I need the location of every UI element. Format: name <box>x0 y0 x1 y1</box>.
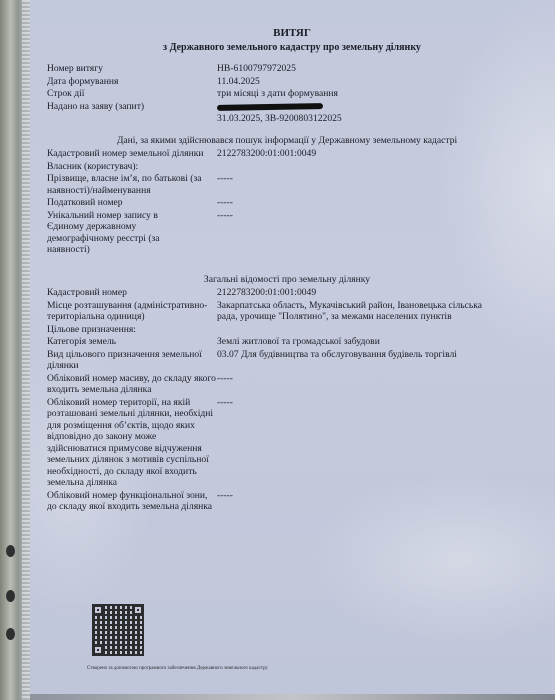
field-row: Категорія земель Землі житлової та грома… <box>47 336 497 348</box>
search-section-heading: Дані, за якими здійснювався пошук інформ… <box>47 135 497 147</box>
field-row: Обліковий номер функціональної зони, до … <box>47 490 497 513</box>
field-label: Вид цільового призначення земельної діля… <box>47 349 217 372</box>
qr-code-icon <box>92 604 144 656</box>
field-label: Податковий номер <box>47 197 217 209</box>
field-value <box>217 324 497 336</box>
field-label: Кадастровий номер земельної ділянки <box>47 148 217 160</box>
field-label: Власник (користувач): <box>47 161 217 173</box>
field-label: Цільове призначення: <box>47 324 217 336</box>
field-value: Землі житлової та громадської забудови <box>217 336 497 348</box>
field-label: Категорія земель <box>47 336 217 348</box>
field-label: Обліковий номер масиву, до складу якого … <box>47 373 217 396</box>
field-value <box>217 161 497 173</box>
field-value: НВ-6100797972025 <box>217 63 497 75</box>
field-row: Податковий номер ----- <box>47 197 497 209</box>
field-row: Кадастровий номер земельної ділянки 2122… <box>47 148 497 160</box>
header-fields: Номер витягу НВ-6100797972025 Дата форму… <box>47 63 497 125</box>
binder-hole <box>6 545 15 557</box>
field-value: 11.04.2025 <box>217 76 497 88</box>
field-label: Обліковий номер функціональної зони, до … <box>47 490 217 513</box>
page-bottom-edge <box>30 694 555 700</box>
field-row: Цільове призначення: <box>47 324 497 336</box>
field-value: ----- <box>217 173 497 196</box>
document-title: ВИТЯГ <box>87 28 497 40</box>
field-value: Закарпатська область, Мукачівський район… <box>217 300 497 323</box>
field-validity: Строк дії три місяці з дати формування <box>47 88 497 100</box>
field-label: Унікальний номер запису в Єдиному держав… <box>47 210 197 256</box>
search-fields: Кадастровий номер земельної ділянки 2122… <box>47 148 497 256</box>
general-fields: Кадастровий номер 2122783200:01:001:0049… <box>47 287 497 513</box>
field-value: ----- <box>217 490 497 513</box>
field-label: Місце розташування (адміністративно-тери… <box>47 300 217 323</box>
field-row: Кадастровий номер 2122783200:01:001:0049 <box>47 287 497 299</box>
general-section-heading: Загальні відомості про земельну ділянку <box>47 274 497 286</box>
redaction-mark <box>217 103 323 111</box>
field-value: три місяці з дати формування <box>217 88 497 100</box>
field-extract-number: Номер витягу НВ-6100797972025 <box>47 63 497 75</box>
field-label: Номер витягу <box>47 63 217 75</box>
field-value: ----- <box>217 397 497 489</box>
field-label: Дата формування <box>47 76 217 88</box>
binder-hole <box>6 628 15 640</box>
field-value: 2122783200:01:001:0049 <box>217 287 497 299</box>
field-row: Прізвище, власне ім’я, по батькові (за н… <box>47 173 497 196</box>
field-value: ----- <box>217 373 497 396</box>
extract-document: ВИТЯГ з Державного земельного кадастру п… <box>47 28 497 513</box>
field-value: 2122783200:01:001:0049 <box>217 148 497 160</box>
field-row: Обліковий номер території, на якій розта… <box>47 397 497 489</box>
binder-hole <box>6 590 15 602</box>
field-date: Дата формування 11.04.2025 <box>47 76 497 88</box>
document-subtitle: з Державного земельного кадастру про зем… <box>87 42 497 54</box>
field-label: Прізвище, власне ім’я, по батькові (за н… <box>47 173 217 196</box>
field-value: 03.07 Для будівництва та обслуговування … <box>217 349 497 372</box>
field-value: ----- <box>217 197 497 209</box>
field-row: Місце розташування (адміністративно-тери… <box>47 300 497 323</box>
field-row: Вид цільового призначення земельної діля… <box>47 349 497 372</box>
request-details: 31.03.2025, ЗВ-9200803122025 <box>217 113 497 125</box>
field-label: Строк дії <box>47 88 217 100</box>
field-row: Унікальний номер запису в Єдиному держав… <box>47 210 497 256</box>
field-row: Власник (користувач): <box>47 161 497 173</box>
field-request: Надано на заяву (запит) 31.03.2025, ЗВ-9… <box>47 101 497 125</box>
field-label: Надано на заяву (запит) <box>47 101 217 125</box>
field-row: Обліковий номер масиву, до складу якого … <box>47 373 497 396</box>
field-label: Обліковий номер території, на якій розта… <box>47 397 217 489</box>
footer-note: Створено за допомогою програмного забезп… <box>87 666 268 671</box>
field-value: 31.03.2025, ЗВ-9200803122025 <box>217 101 497 125</box>
field-label: Кадастровий номер <box>47 287 217 299</box>
field-value: ----- <box>217 210 497 256</box>
